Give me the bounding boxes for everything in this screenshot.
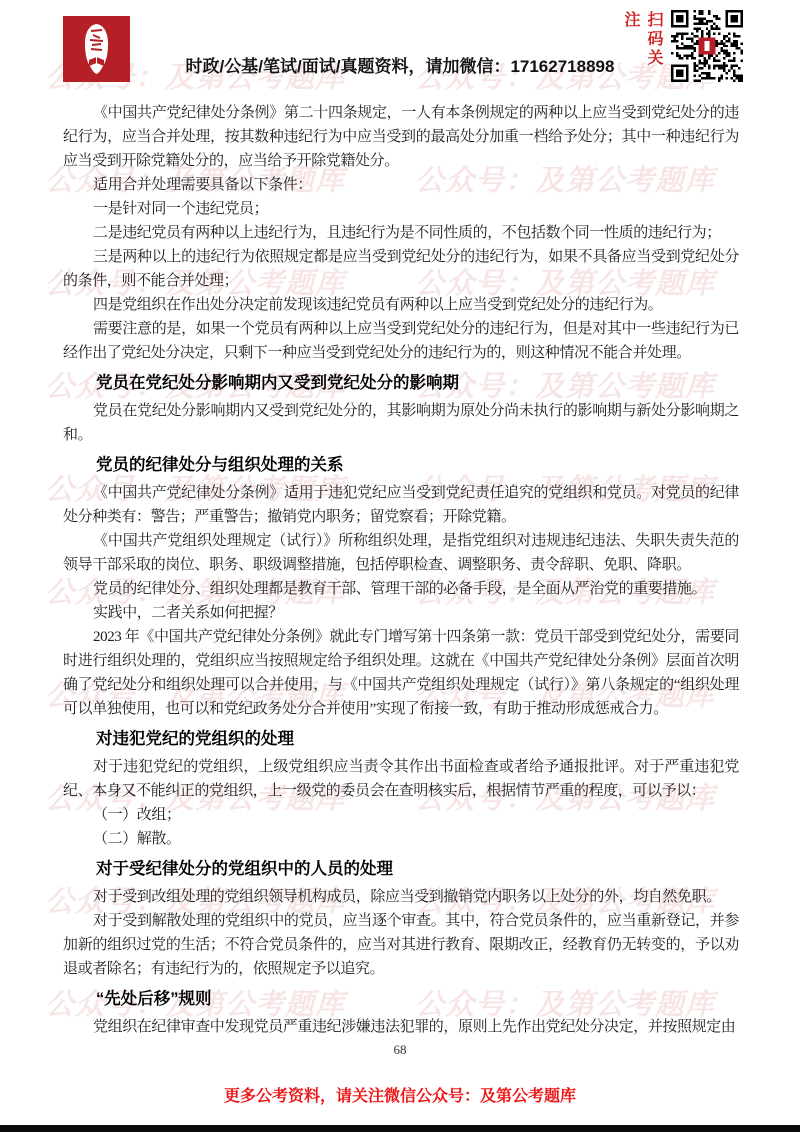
page-header: 时政/公基/笔试/面试/真题资料，请加微信：17162718898 扫码关注 [0, 0, 800, 100]
paragraph: 需要注意的是，如果一个党员有两种以上应当受到党纪处分的违纪行为，但是对其中一些违… [63, 317, 739, 365]
paragraph: 二是违纪党员有两种以上违纪行为，且违纪行为是不同性质的，不包括数个同一性质的违纪… [63, 221, 739, 245]
document-page: 公众号：及第公考题库公众号：及第公考题库公众号：及第公考题库公众号：及第公考题库… [0, 0, 800, 1132]
section-heading: 党员在党纪处分影响期内又受到党纪处分的影响期 [63, 371, 739, 395]
section-heading: “先处后移”规则 [63, 987, 739, 1011]
section-heading: 对于受纪律处分的党组织中的人员的处理 [63, 857, 739, 881]
section-heading: 对违犯党纪的党组织的处理 [63, 727, 739, 751]
paragraph: 对于违犯党纪的党组织，上级党组织应当责令其作出书面检查或者给予通报批评。对于严重… [63, 755, 739, 803]
paragraph: 党员在党纪处分影响期内又受到党纪处分的，其影响期为原处分尚未执行的影响期与新处分… [63, 399, 739, 447]
paragraph: 对于受到改组处理的党组织领导机构成员，除应当受到撤销党内职务以上处分的外，均自然… [63, 885, 739, 909]
paragraph: 三是两种以上的违纪行为依照规定都是应当受到党纪处分的违纪行为，如果不具备应当受到… [63, 245, 739, 293]
paragraph: 四是党组织在作出处分决定前发现该违纪党员有两种以上应当受到党纪处分的违纪行为。 [63, 293, 739, 317]
qr-code-icon [671, 9, 743, 83]
paragraph: 《中国共产党组织处理规定（试行）》所称组织处理，是指党组织对违规违纪违法、失职失… [63, 529, 739, 577]
paragraph: 2023 年《中国共产党纪律处分条例》就此专门增写第十四条第一款：党员干部受到党… [63, 625, 739, 721]
document-body: 《中国共产党纪律处分条例》第二十四条规定，一人有本条例规定的两种以上应当受到党纪… [63, 101, 739, 1039]
paragraph: 《中国共产党纪律处分条例》第二十四条规定，一人有本条例规定的两种以上应当受到党纪… [63, 101, 739, 173]
section-heading: 党员的纪律处分与组织处理的关系 [63, 453, 739, 477]
footer-promo-text: 更多公考资料，请关注微信公众号：及第公考题库 [0, 1083, 800, 1106]
paragraph: 《中国共产党纪律处分条例》适用于违犯党纪应当受到党纪责任追究的党组织和党员。对党… [63, 481, 739, 529]
paragraph: （一）改组； [63, 803, 739, 827]
paragraph: 实践中，二者关系如何把握？ [63, 601, 739, 625]
page-number: 68 [0, 1042, 800, 1058]
paragraph: 党组织在纪律审查中发现党员严重违纪涉嫌违法犯罪的，原则上先作出党纪处分决定，并按… [63, 1015, 739, 1039]
paragraph: 一是针对同一个违纪党员； [63, 197, 739, 221]
paragraph: 党员的纪律处分、组织处理都是教育干部、管理干部的必备手段，是全面从严治党的重要措… [63, 577, 739, 601]
paragraph: 对于受到解散处理的党组织中的党员，应当逐个审查。其中，符合党员条件的，应当重新登… [63, 909, 739, 981]
bottom-black-bar [0, 1125, 800, 1132]
qr-caption: 扫码关注 [645, 11, 665, 83]
paragraph: （二）解散。 [63, 827, 739, 851]
paragraph: 适用合并处理需要具备以下条件： [63, 173, 739, 197]
